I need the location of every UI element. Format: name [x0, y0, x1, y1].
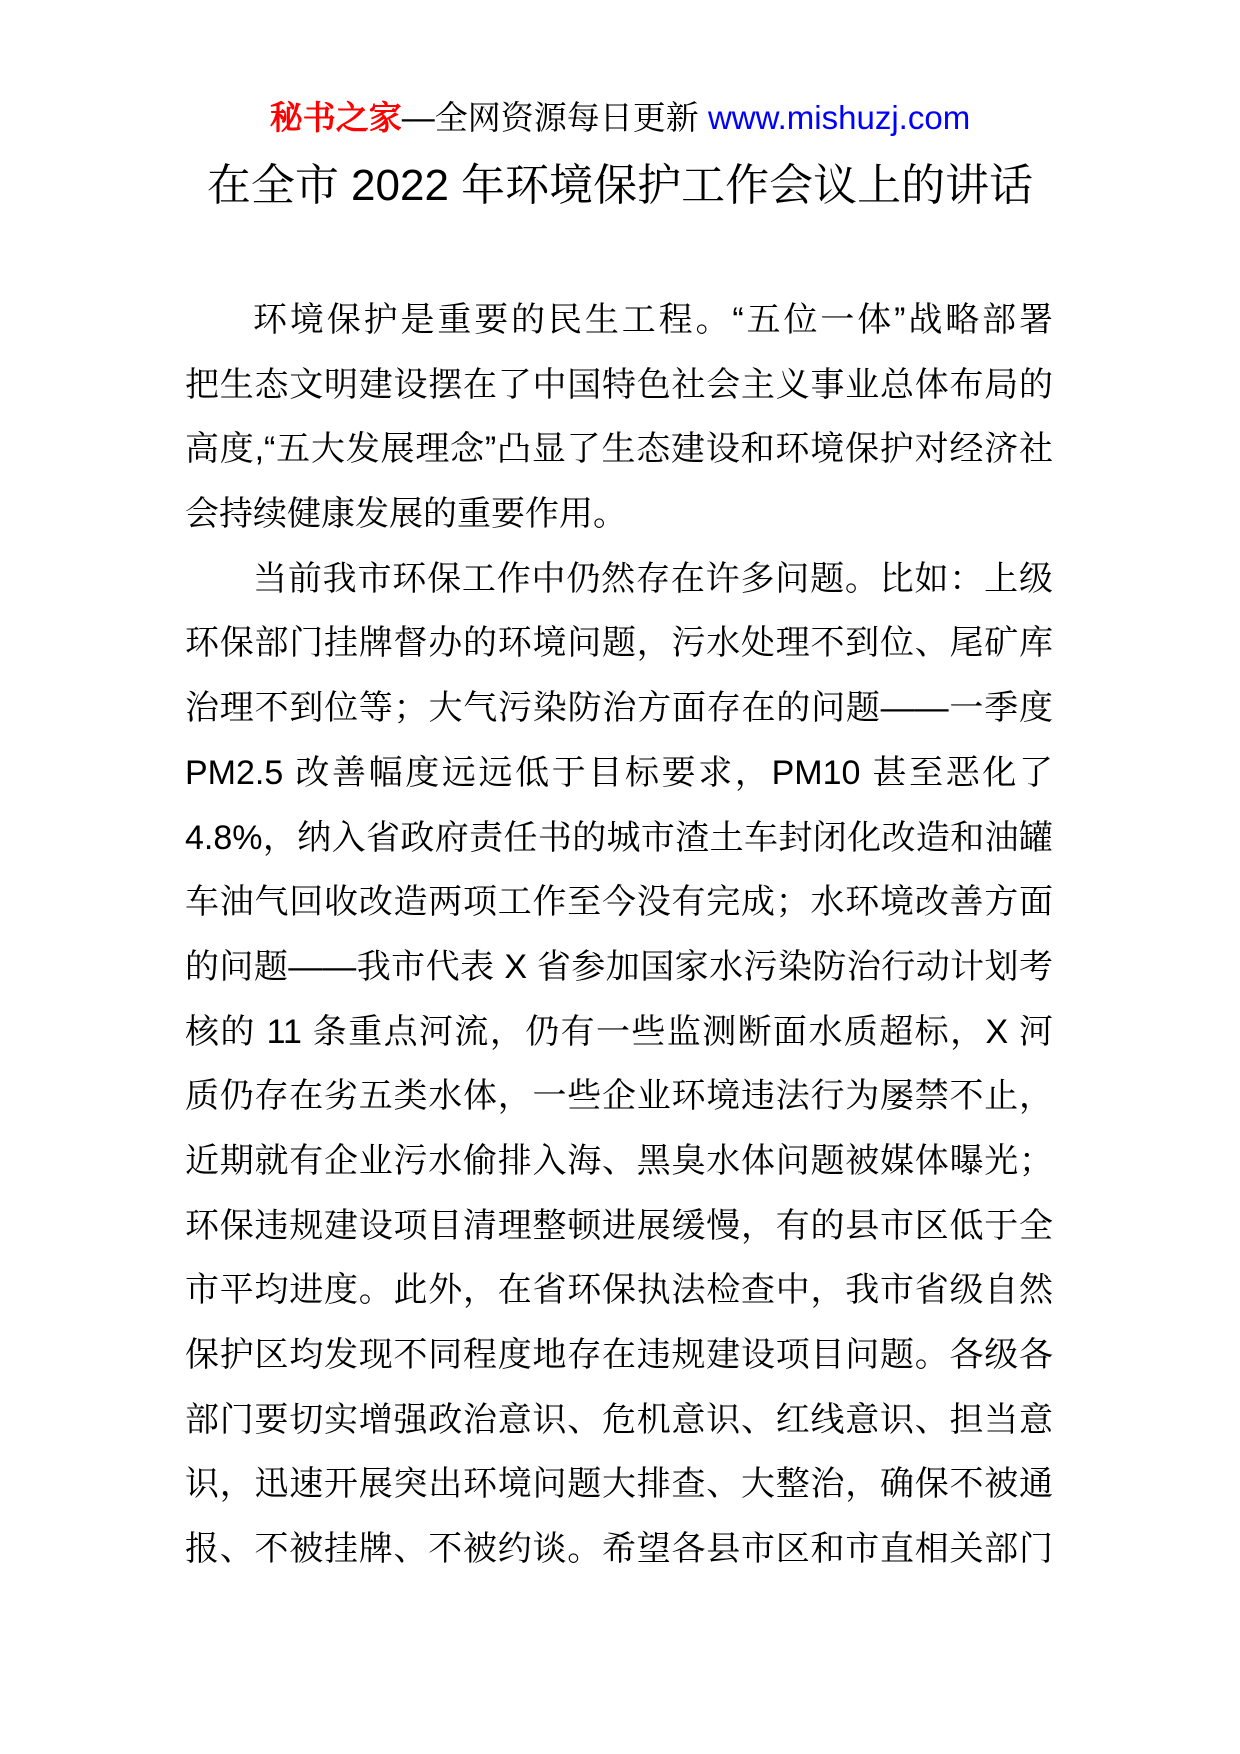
- paragraph-2-line-15: 识，迅速开展突出环境问题大排查、大整治，确保不被通: [185, 1452, 1053, 1517]
- document-page: 秘书之家—全网资源每日更新 www.mishuzj.com 在全市 2022 年…: [0, 0, 1240, 1754]
- paragraph-2-line-1: 当前我市环保工作中仍然存在许多问题。比如：上级: [185, 547, 1053, 612]
- brand-name: 秘书之家: [270, 99, 402, 136]
- paragraph-1-line-4: 会持续健康发展的重要作用。: [185, 482, 1053, 547]
- document-title: 在全市 2022 年环境保护工作会议上的讲话: [0, 160, 1240, 212]
- paragraph-1-line-2: 把生态文明建设摆在了中国特色社会主义事业总体布局的: [185, 353, 1053, 418]
- paragraph-1-line-1: 环境保护是重要的民生工程。“五位一体”战略部署: [185, 288, 1053, 353]
- paragraph-2-line-8: 核的 11 条重点河流，仍有一些监测断面水质超标，X 河水: [185, 1000, 1053, 1065]
- paragraph-2-line-10: 近期就有企业污水偷排入海、黑臭水体问题被媒体曝光；: [185, 1129, 1053, 1194]
- paragraph-2-line-7: 的问题——我市代表 X 省参加国家水污染防治行动计划考: [185, 935, 1053, 1000]
- paragraph-2-line-4: PM2.5 改善幅度远远低于目标要求，PM10 甚至恶化了: [185, 741, 1053, 806]
- header-tagline: —全网资源每日更新: [402, 99, 708, 136]
- website-link[interactable]: www.mishuzj.com: [708, 99, 970, 136]
- paragraph-2-line-16: 报、不被挂牌、不被约谈。希望各县市区和市直相关部门: [185, 1517, 1053, 1582]
- watermark-header: 秘书之家—全网资源每日更新 www.mishuzj.com: [0, 96, 1240, 139]
- paragraph-1-line-3: 高度,“五大发展理念”凸显了生态建设和环境保护对经济社: [185, 417, 1053, 482]
- paragraph-2-line-13: 保护区均发现不同程度地存在违规建设项目问题。各级各: [185, 1323, 1053, 1388]
- paragraph-2-line-11: 环保违规建设项目清理整顿进展缓慢，有的县市区低于全: [185, 1194, 1053, 1259]
- document-body: 环境保护是重要的民生工程。“五位一体”战略部署把生态文明建设摆在了中国特色社会主…: [185, 288, 1053, 1582]
- paragraph-2-line-14: 部门要切实增强政治意识、危机意识、红线意识、担当意: [185, 1388, 1053, 1453]
- paragraph-2-line-3: 治理不到位等；大气污染防治方面存在的问题——一季度: [185, 676, 1053, 741]
- paragraph-2-line-2: 环保部门挂牌督办的环境问题，污水处理不到位、尾矿库: [185, 611, 1053, 676]
- paragraph-2-line-12: 市平均进度。此外，在省环保执法检查中，我市省级自然: [185, 1258, 1053, 1323]
- paragraph-2-line-9: 质仍存在劣五类水体，一些企业环境违法行为屡禁不止，: [185, 1064, 1053, 1129]
- paragraph-2-line-5: 4.8%，纳入省政府责任书的城市渣土车封闭化改造和油罐: [185, 806, 1053, 871]
- paragraph-2-line-6: 车油气回收改造两项工作至今没有完成；水环境改善方面: [185, 870, 1053, 935]
